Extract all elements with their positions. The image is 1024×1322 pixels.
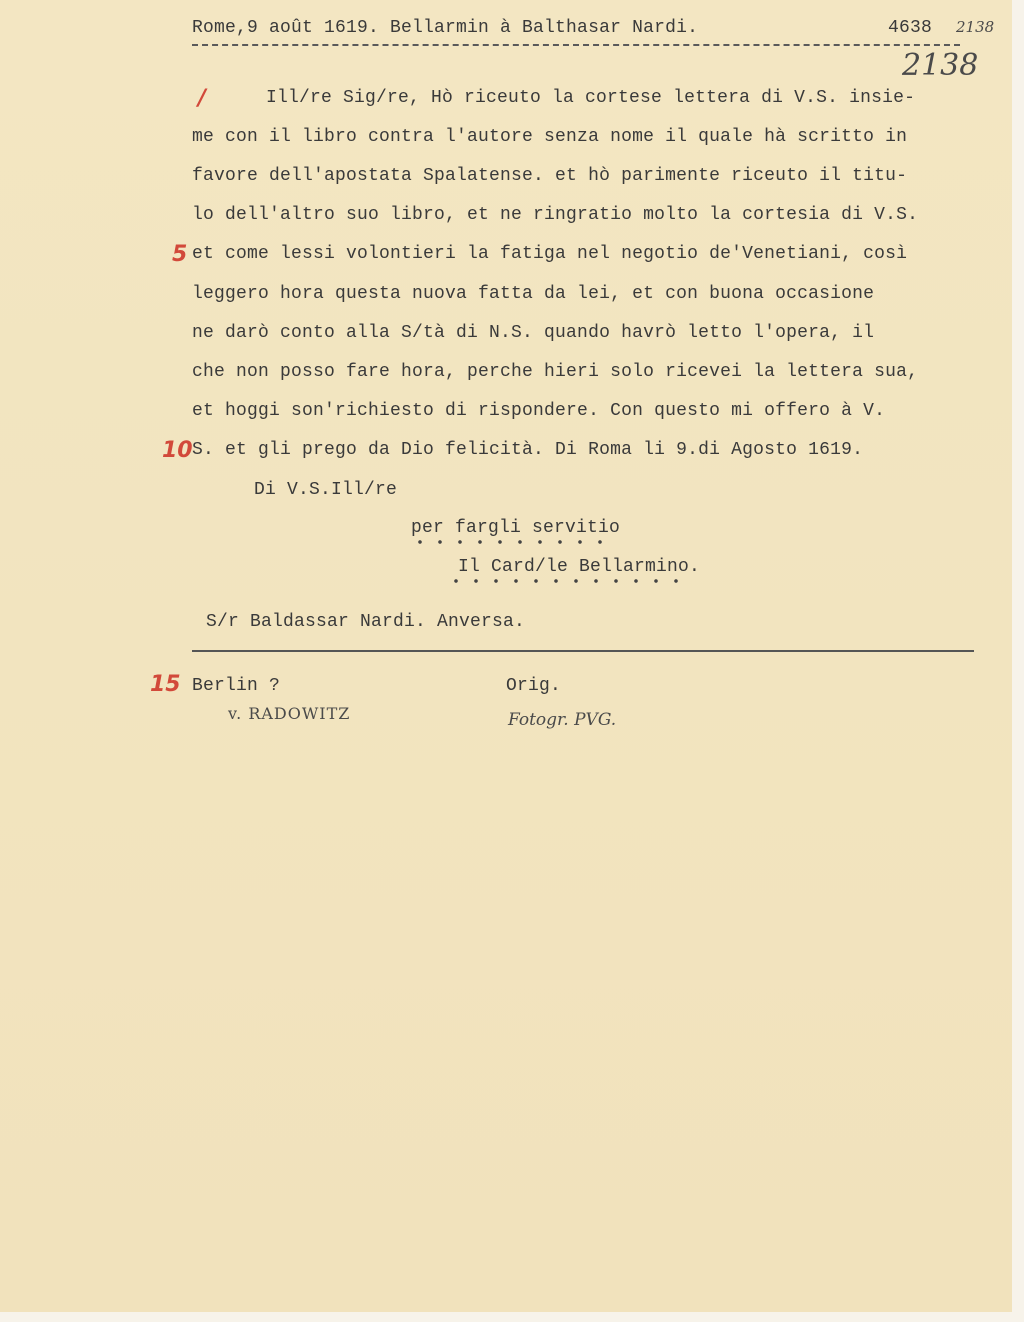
footer-location: Berlin ?	[192, 676, 280, 696]
scan-edge-right	[1012, 0, 1024, 1322]
margin-mark-line-15: 15	[150, 672, 181, 697]
handwritten-number-small: 2138	[956, 18, 994, 36]
footer-source: Orig.	[506, 676, 561, 696]
footer-collection-handwritten: v. RADOWITZ	[228, 704, 350, 723]
handwritten-number-large: 2138	[902, 48, 978, 83]
closing-service: per fargli servitio	[411, 518, 620, 538]
body-line-3: favore dell'apostata Spalatense. et hò p…	[192, 166, 907, 186]
margin-mark-line-1: /	[198, 86, 206, 111]
body-line-4: lo dell'altro suo libro, et ne ringratio…	[192, 205, 918, 225]
body-line-9: et hoggi son'richiesto di rispondere. Co…	[192, 401, 885, 421]
body-line-8: che non posso fare hora, perche hieri so…	[192, 362, 918, 382]
scan-edge-bottom	[0, 1312, 1024, 1322]
addressee: S/r Baldassar Nardi. Anversa.	[206, 612, 525, 632]
document-number: 4638	[888, 18, 932, 38]
body-line-5: et come lessi volontieri la fatiga nel n…	[192, 244, 907, 264]
signature: Il Card/le Bellarmino.	[458, 557, 700, 577]
closing-salutation: Di V.S.Ill/re	[254, 480, 397, 500]
footer-photo-handwritten: Fotogr. PVG.	[508, 710, 616, 730]
header-dashed-divider	[192, 44, 960, 46]
body-line-7: ne darò conto alla S/tà di N.S. quando h…	[192, 323, 874, 343]
signature-underline-dots	[446, 578, 694, 584]
body-line-10: S. et gli prego da Dio felicità. Di Roma…	[192, 440, 863, 460]
body-line-2: me con il libro contra l'autore senza no…	[192, 127, 907, 147]
service-underline-dots	[410, 539, 610, 545]
margin-mark-line-10: 10	[162, 438, 193, 463]
document-page	[0, 0, 1012, 1312]
body-line-1: Ill/re Sig/re, Hò riceuto la cortese let…	[266, 88, 915, 108]
footer-divider	[192, 650, 974, 652]
document-title: Rome,9 août 1619. Bellarmin à Balthasar …	[192, 18, 698, 38]
margin-mark-line-5: 5	[172, 242, 187, 267]
body-line-6: leggero hora questa nuova fatta da lei, …	[192, 284, 874, 304]
